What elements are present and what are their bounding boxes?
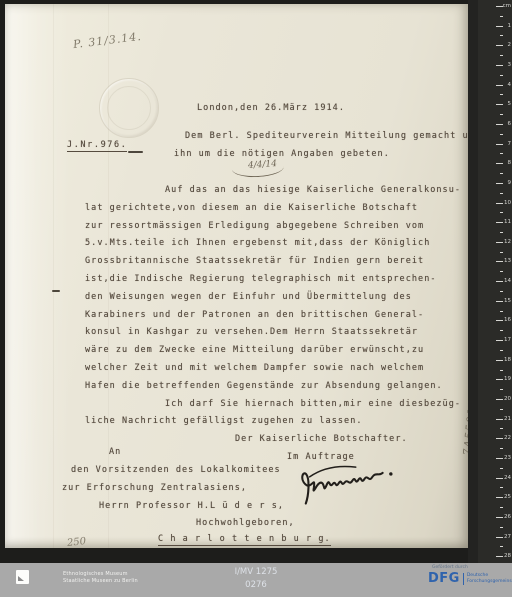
- ruler-tick-major: [496, 360, 503, 361]
- ruler-label: 10: [504, 200, 511, 207]
- ruler-tick-major: [496, 163, 503, 164]
- ruler-tick-major: [496, 26, 503, 27]
- date-line: London,den 26.März 1914.: [197, 103, 345, 113]
- ruler-tick-minor: [500, 507, 503, 508]
- ruler-label: 24: [504, 475, 511, 482]
- ruler-tick-minor: [500, 75, 503, 76]
- body-line: Auf das an das hiesige Kaiserliche Gener…: [165, 182, 461, 200]
- ruler-tick-major: [496, 222, 503, 223]
- ruler-label: 17: [504, 337, 511, 344]
- ruler-label: 25: [504, 494, 511, 501]
- ruler-tick-major: [496, 6, 503, 7]
- body-line: Karabiners und der Patronen an den britt…: [85, 307, 461, 325]
- ruler-tick-minor: [500, 428, 503, 429]
- ruler-tick-minor: [500, 114, 503, 115]
- ruler-label: 7: [508, 141, 512, 148]
- ruler-tick-minor: [500, 389, 503, 390]
- ruler-tick-major: [496, 399, 503, 400]
- ruler-label: 26: [504, 514, 511, 521]
- ruler-tick-minor: [500, 527, 503, 528]
- ruler-tick-minor: [500, 546, 503, 547]
- ruler-tick-major: [496, 301, 503, 302]
- address-purpose: zur Erforschung Zentralasiens,: [62, 483, 247, 493]
- funding-note: Gefördert durch: [432, 565, 468, 570]
- ruler-tick-major: [496, 497, 503, 498]
- ruler-label: 13: [504, 258, 511, 265]
- address-honorific: Hochwohlgeboren,: [196, 518, 295, 528]
- ruler-label: 23: [504, 455, 511, 462]
- address-committee: den Vorsitzenden des Lokalkomitees: [71, 465, 281, 475]
- body-line: Grossbritannische Staatssekretär für Ind…: [85, 253, 461, 271]
- margin-dash: [128, 151, 143, 153]
- body-line: zur ressortmässigen Erledigung abgegeben…: [85, 218, 461, 236]
- forwarding-note-line2: ihn um die nötigen Angaben gebeten.: [174, 149, 390, 159]
- ruler-tick-major: [496, 438, 503, 439]
- body-line: Ich darf Sie hiernach bitten,mir eine di…: [165, 396, 461, 414]
- paper-crease: [53, 4, 54, 548]
- scanned-letter-page: P. 31/3.14. J.Nr.976. London,den 26.März…: [0, 0, 512, 597]
- ruler-label: 19: [504, 376, 511, 383]
- address-city: C h a r l o t t e n b u r g.: [158, 534, 331, 546]
- ruler-tick-major: [496, 419, 503, 420]
- ruler: cm12345678910111213141516171819202122232…: [478, 0, 512, 564]
- ruler-tick-minor: [500, 350, 503, 351]
- ruler-tick-minor: [500, 212, 503, 213]
- ruler-tick-minor: [500, 409, 503, 410]
- ruler-label: 1: [508, 23, 512, 30]
- dfg-abbr: DFG: [428, 571, 460, 586]
- ruler-tick-major: [496, 124, 503, 125]
- pencil-number: 250: [66, 536, 86, 549]
- ruler-label: 12: [504, 239, 511, 246]
- embossed-seal-inner: [107, 86, 151, 130]
- ruler-tick-minor: [500, 55, 503, 56]
- ruler-tick-major: [496, 281, 503, 282]
- sender-title: Der Kaiserliche Botschafter.: [235, 431, 461, 449]
- body-line: liche Nachricht gefälligst zugehen zu la…: [85, 413, 461, 431]
- file-number: J.Nr.976.: [67, 140, 127, 152]
- footer-bar: Ethnologisches Museum Staatliche Museen …: [0, 563, 512, 597]
- ruler-label: 21: [504, 416, 511, 423]
- address-professor: Herrn Professor H.L ü d e r s,: [99, 501, 284, 511]
- dfg-logo: DFG Deutsche Forschungsgemeinschaft: [428, 571, 512, 586]
- ruler-label: 28: [504, 553, 511, 560]
- ruler-tick-minor: [500, 173, 503, 174]
- ruler-label: 18: [504, 357, 511, 364]
- ruler-tick-major: [496, 45, 503, 46]
- ruler-label: 22: [504, 435, 511, 442]
- ruler-tick-major: [496, 556, 503, 557]
- ruler-label: 9: [508, 180, 512, 187]
- body-line: 5.v.Mts.teile ich Ihnen ergebenst mit,da…: [85, 235, 461, 253]
- ruler-label: 4: [508, 82, 512, 89]
- ruler-tick-minor: [500, 291, 503, 292]
- body-line: konsul in Kashgar zu versehen.Dem Herrn …: [85, 324, 461, 342]
- body-line: wäre zu dem Zwecke eine Mitteilung darüb…: [85, 342, 461, 360]
- dfg-name-line2: Forschungsgemeinschaft: [467, 579, 512, 585]
- ruler-tick-major: [496, 320, 503, 321]
- body-line: welcher Zeit und mit welchem Dampfer sow…: [85, 360, 461, 378]
- ruler-tick-minor: [500, 134, 503, 135]
- ruler-label: 8: [508, 160, 512, 167]
- ruler-tick-minor: [500, 448, 503, 449]
- ruler-tick-minor: [500, 370, 503, 371]
- ruler-label: cm: [503, 3, 511, 10]
- ruler-label: 2: [508, 42, 512, 49]
- ruler-tick-major: [496, 340, 503, 341]
- dfg-logo-divider: [463, 573, 464, 585]
- ruler-label: 20: [504, 396, 511, 403]
- ruler-tick-minor: [500, 16, 503, 17]
- ruler-tick-minor: [500, 193, 503, 194]
- ruler-tick-major: [496, 85, 503, 86]
- ruler-tick-major: [496, 144, 503, 145]
- ruler-tick-major: [496, 65, 503, 66]
- ruler-tick-minor: [500, 487, 503, 488]
- embossed-seal: [99, 78, 159, 138]
- margin-dash: [52, 290, 60, 292]
- ruler-tick-minor: [500, 468, 503, 469]
- body-line: lat gerichtete,von diesem an die Kaiserl…: [85, 200, 461, 218]
- ruler-tick-major: [496, 517, 503, 518]
- body-line: ist,die Indische Regierung telegraphisch…: [85, 271, 461, 289]
- ruler-tick-major: [496, 458, 503, 459]
- ruler-label: 6: [508, 121, 512, 128]
- address-an: An: [109, 447, 121, 457]
- ruler-label: 16: [504, 317, 511, 324]
- ruler-tick-major: [496, 261, 503, 262]
- ruler-tick-minor: [500, 311, 503, 312]
- ruler-tick-minor: [500, 252, 503, 253]
- ruler-tick-major: [496, 537, 503, 538]
- ruler-label: 5: [508, 101, 512, 108]
- body-line: den Weisungen wegen der Einfuhr und Über…: [85, 289, 461, 307]
- ruler-tick-minor: [500, 330, 503, 331]
- ruler-label: 27: [504, 534, 511, 541]
- letter-body: Auf das an das hiesige Kaiserliche Gener…: [85, 182, 461, 467]
- paper-sheet: P. 31/3.14. J.Nr.976. London,den 26.März…: [5, 4, 469, 548]
- ruler-label: 14: [504, 278, 511, 285]
- ruler-tick-major: [496, 478, 503, 479]
- ruler-tick-major: [496, 104, 503, 105]
- ruler-tick-major: [496, 242, 503, 243]
- ruler-tick-minor: [500, 153, 503, 154]
- ruler-tick-major: [496, 183, 503, 184]
- body-line: Hafen die betreffenden Gegenstände zur A…: [85, 378, 461, 396]
- forwarding-note-line1: Dem Berl. Spediteurverein Mitteilung gem…: [185, 131, 481, 141]
- ruler-tick-minor: [500, 35, 503, 36]
- ruler-tick-major: [496, 203, 503, 204]
- ruler-tick-minor: [500, 94, 503, 95]
- ruler-tick-major: [496, 379, 503, 380]
- film-edge: [468, 0, 478, 564]
- ruler-label: 11: [504, 219, 511, 226]
- handwritten-underline-arc: [232, 165, 285, 179]
- ruler-tick-minor: [500, 232, 503, 233]
- ruler-label: 15: [504, 298, 511, 305]
- ruler-tick-minor: [500, 271, 503, 272]
- ruler-label: 3: [508, 62, 512, 69]
